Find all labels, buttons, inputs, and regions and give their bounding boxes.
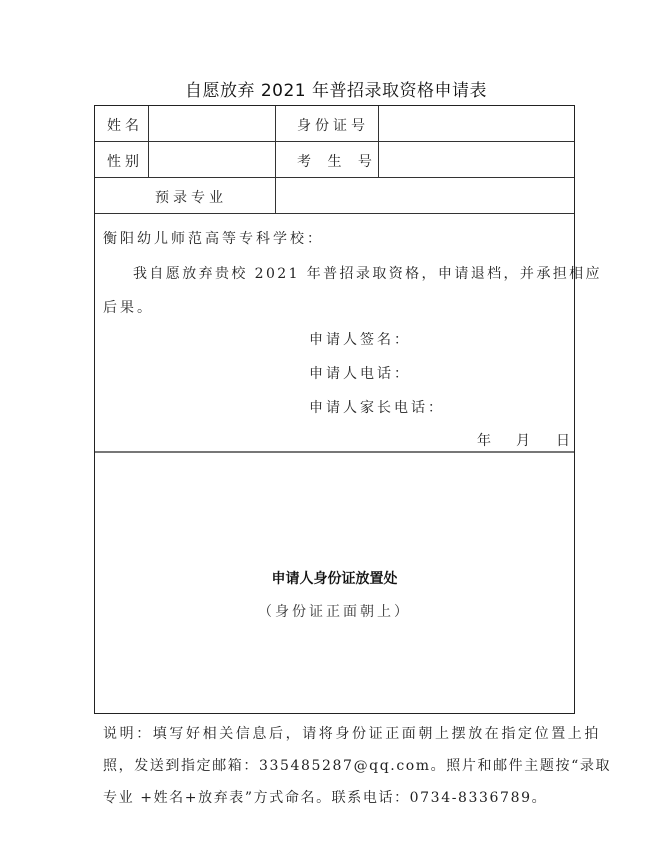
row-divider — [95, 213, 574, 214]
date-month-label: 月 — [516, 430, 533, 450]
note-line-3: 专业 +姓名+放弃表”方式命名。联系电话：0734-8336789。 — [103, 787, 583, 807]
column-divider — [148, 106, 149, 178]
statement-line-1: 我自愿放弃贵校 2021 年普招录取资格，申请退档，并承担相应 — [133, 263, 602, 283]
column-divider — [378, 106, 379, 178]
gender-label: 性别 — [107, 151, 143, 171]
id-placement-title: 申请人身份证放置处 — [95, 568, 574, 588]
row-divider — [95, 177, 574, 178]
id-number-field[interactable] — [380, 107, 573, 140]
page-title: 自愿放弃 2021 年普招录取资格申请表 — [0, 76, 672, 101]
gender-field[interactable] — [150, 143, 274, 176]
parent-phone-label: 申请人家长电话： — [309, 397, 445, 417]
exam-number-label: 考 生 号 — [297, 151, 378, 171]
phone-label: 申请人电话： — [309, 363, 411, 383]
major-label: 预录专业 — [155, 187, 227, 207]
note-line-2: 照，发送到指定邮箱：335485287@qq.com。照片和邮件主题按“录取 — [103, 755, 583, 775]
name-label: 姓名 — [107, 115, 143, 135]
application-form-table: 姓名 身份证号 性别 考 生 号 预录专业 衡阳幼儿师范高等专科学校： 我自愿放… — [94, 105, 575, 714]
major-field[interactable] — [277, 179, 573, 212]
date-year-label: 年 — [477, 430, 494, 450]
column-divider — [275, 106, 276, 214]
date-day-label: 日 — [556, 430, 573, 450]
id-number-label: 身份证号 — [297, 115, 369, 135]
section-divider — [95, 451, 574, 453]
name-field[interactable] — [150, 107, 274, 140]
statement-line-2: 后果。 — [103, 297, 154, 317]
id-placement-subtitle: （身份证正面朝上） — [95, 601, 574, 621]
row-divider — [95, 141, 574, 142]
signature-label: 申请人签名： — [309, 329, 411, 349]
note-line-1: 说明：填写好相关信息后，请将身份证正面朝上摆放在指定位置上拍 — [103, 723, 583, 743]
exam-number-field[interactable] — [380, 143, 573, 176]
addressee: 衡阳幼儿师范高等专科学校： — [103, 228, 324, 248]
